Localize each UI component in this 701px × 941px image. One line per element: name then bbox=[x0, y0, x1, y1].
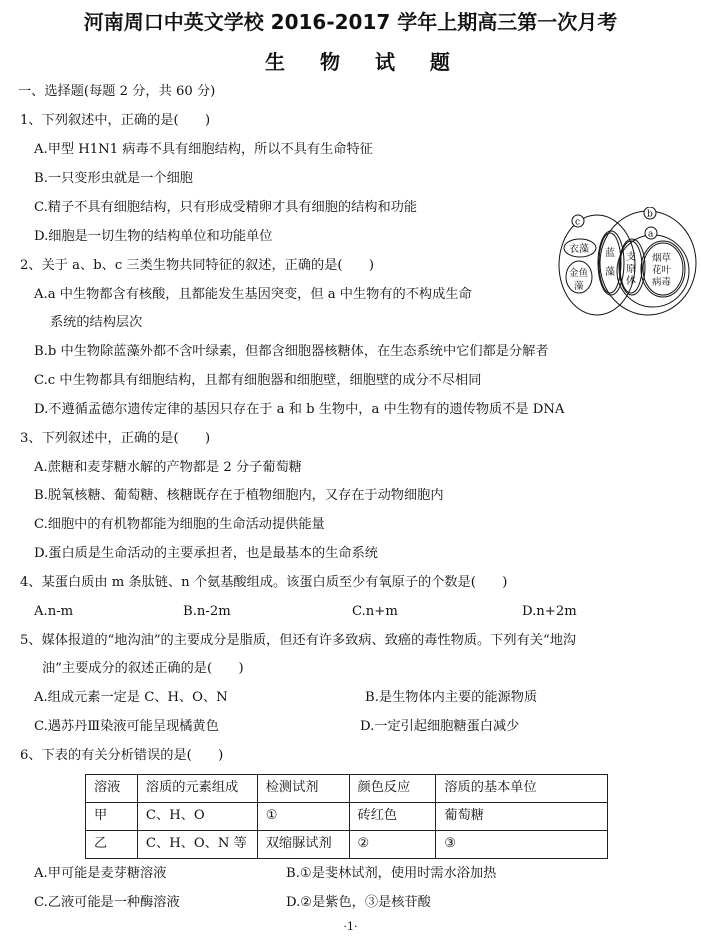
label-a: a bbox=[648, 230, 654, 240]
question-3-option-d: D.蛋白质是生命活动的主要承担者，也是最基本的生命系统 bbox=[34, 545, 378, 563]
section-heading: 一、选择题(每题 2 分，共 60 分) bbox=[18, 83, 215, 101]
label-zhiyuanti-2: 原 bbox=[626, 263, 636, 275]
table-cell: C、H、O bbox=[137, 803, 257, 831]
circle-b bbox=[600, 211, 696, 315]
question-5-stem: 5、媒体报道的“地沟油”的主要成分是脂质，但还有许多致病、致癌的毒性物质。下列有… bbox=[20, 632, 576, 650]
question-1-stem: 1、下列叙述中，正确的是( ) bbox=[20, 112, 210, 130]
table-header-cell: 检测试剂 bbox=[257, 775, 349, 803]
table-cell: C、H、O、N 等 bbox=[137, 831, 257, 859]
experiment-table: 溶液 溶质的元素组成 检测试剂 颜色反应 溶质的基本单位 甲 C、H、O ① 砖… bbox=[85, 774, 608, 859]
question-5-option-a: A.组成元素一定是 C、H、O、N bbox=[34, 689, 228, 707]
label-jinyuzao-1: 金鱼 bbox=[569, 267, 589, 279]
question-6-stem: 6、下表的有关分析错误的是( ) bbox=[20, 747, 223, 765]
question-3-option-b: B.脱氧核糖、葡萄糖、核糖既存在于植物细胞内，又存在于动物细胞内 bbox=[34, 487, 444, 505]
question-2-option-a: A.a 中生物都含有核酸，且都能发生基因突变，但 a 中生物有的不构成生命 bbox=[34, 286, 472, 304]
table-header-cell: 溶液 bbox=[86, 775, 138, 803]
question-6-option-c: C.乙液可能是一种酶溶液 bbox=[34, 894, 180, 912]
table-header-cell: 溶质的元素组成 bbox=[137, 775, 257, 803]
table-row: 甲 C、H、O ① 砖红色 葡萄糖 bbox=[86, 803, 608, 831]
table-cell: 砖红色 bbox=[349, 803, 436, 831]
table-cell: ② bbox=[349, 831, 436, 859]
question-4-option-a: A.n-m bbox=[34, 603, 73, 621]
table-cell: ③ bbox=[436, 831, 608, 859]
question-4-option-c: C.n+m bbox=[352, 603, 398, 621]
question-6-option-a: A.甲可能是麦芽糖溶液 bbox=[34, 865, 166, 883]
label-lanzao-1: 蓝 bbox=[605, 246, 615, 259]
question-2-option-c: C.c 中生物都具有细胞结构，且都有细胞器和细胞壁，细胞壁的成分不尽相同 bbox=[34, 372, 481, 390]
question-2-stem: 2、关于 a、b、c 三类生物共同特征的叙述，正确的是( ) bbox=[20, 257, 374, 275]
question-1-option-c: C.精子不具有细胞结构，只有形成受精卵才具有细胞的结构和功能 bbox=[34, 199, 417, 217]
exam-title: 河南周口中英文学校 2016-2017 学年上期高三第一次月考 bbox=[0, 6, 701, 35]
label-zhiyuanti-1: 支 bbox=[626, 250, 636, 263]
table-cell: ① bbox=[257, 803, 349, 831]
question-5-stem-cont: 油”主要成分的叙述正确的是( ) bbox=[42, 660, 244, 678]
label-zhiyuanti-3: 体 bbox=[626, 274, 636, 287]
label-b: b bbox=[647, 210, 653, 220]
venn-diagram: c b a 衣藻 金鱼 藻 蓝 藻 支 原 体 烟草 花叶 病毒 bbox=[555, 207, 697, 325]
table-cell: 双缩脲试剂 bbox=[257, 831, 349, 859]
question-2-option-a-cont: 系统的结构层次 bbox=[50, 314, 142, 332]
label-yancao-3: 病毒 bbox=[652, 276, 672, 288]
exam-subject-title: 生 物 试 题 bbox=[0, 46, 701, 75]
table-header-cell: 颜色反应 bbox=[349, 775, 436, 803]
question-3-option-c: C.细胞中的有机物都能为细胞的生命活动提供能量 bbox=[34, 516, 325, 534]
question-2-option-b: B.b 中生物除蓝藻外都不含叶绿素，但都含细胞器核糖体，在生态系统中它们都是分解… bbox=[34, 343, 548, 361]
label-yizao: 衣藻 bbox=[569, 242, 589, 255]
question-2-option-d: D.不遵循孟德尔遗传定律的基因只存在于 a 和 b 生物中，a 中生物有的遗传物… bbox=[34, 401, 564, 419]
page-number: ·1· bbox=[0, 920, 701, 933]
label-yancao-1: 烟草 bbox=[652, 252, 672, 264]
question-5-option-c: C.遇苏丹Ⅲ染液可能呈现橘黄色 bbox=[34, 718, 219, 736]
question-5-option-b: B.是生物体内主要的能源物质 bbox=[365, 689, 537, 707]
question-5-option-d: D.一定引起细胞糖蛋白减少 bbox=[360, 718, 519, 736]
table-cell: 甲 bbox=[86, 803, 138, 831]
question-3-stem: 3、下列叙述中，正确的是( ) bbox=[20, 430, 210, 448]
question-4-option-b: B.n-2m bbox=[183, 603, 231, 621]
question-1-option-d: D.细胞是一切生物的结构单位和功能单位 bbox=[34, 228, 272, 246]
table-cell: 葡萄糖 bbox=[436, 803, 608, 831]
label-jinyuzao-2: 藻 bbox=[574, 280, 584, 292]
question-1-option-a: A.甲型 H1N1 病毒不具有细胞结构，所以不具有生命特征 bbox=[34, 141, 373, 159]
label-c: c bbox=[575, 218, 580, 228]
question-4-option-d: D.n+2m bbox=[522, 603, 577, 621]
table-header-row: 溶液 溶质的元素组成 检测试剂 颜色反应 溶质的基本单位 bbox=[86, 775, 608, 803]
question-6-option-d: D.②是紫色，③是核苷酸 bbox=[286, 894, 431, 912]
table-cell: 乙 bbox=[86, 831, 138, 859]
table-row: 乙 C、H、O、N 等 双缩脲试剂 ② ③ bbox=[86, 831, 608, 859]
table-header-cell: 溶质的基本单位 bbox=[436, 775, 608, 803]
label-yancao-2: 花叶 bbox=[652, 264, 672, 276]
label-lanzao-2: 藻 bbox=[605, 265, 615, 278]
question-3-option-a: A.蔗糖和麦芽糖水解的产物都是 2 分子葡萄糖 bbox=[34, 459, 302, 477]
question-6-option-b: B.①是斐林试剂，使用时需水浴加热 bbox=[286, 865, 496, 883]
question-4-stem: 4、某蛋白质由 m 条肽链、n 个氨基酸组成。该蛋白质至少有氧原子的个数是( ) bbox=[20, 574, 507, 592]
question-1-option-b: B.一只变形虫就是一个细胞 bbox=[34, 170, 193, 188]
